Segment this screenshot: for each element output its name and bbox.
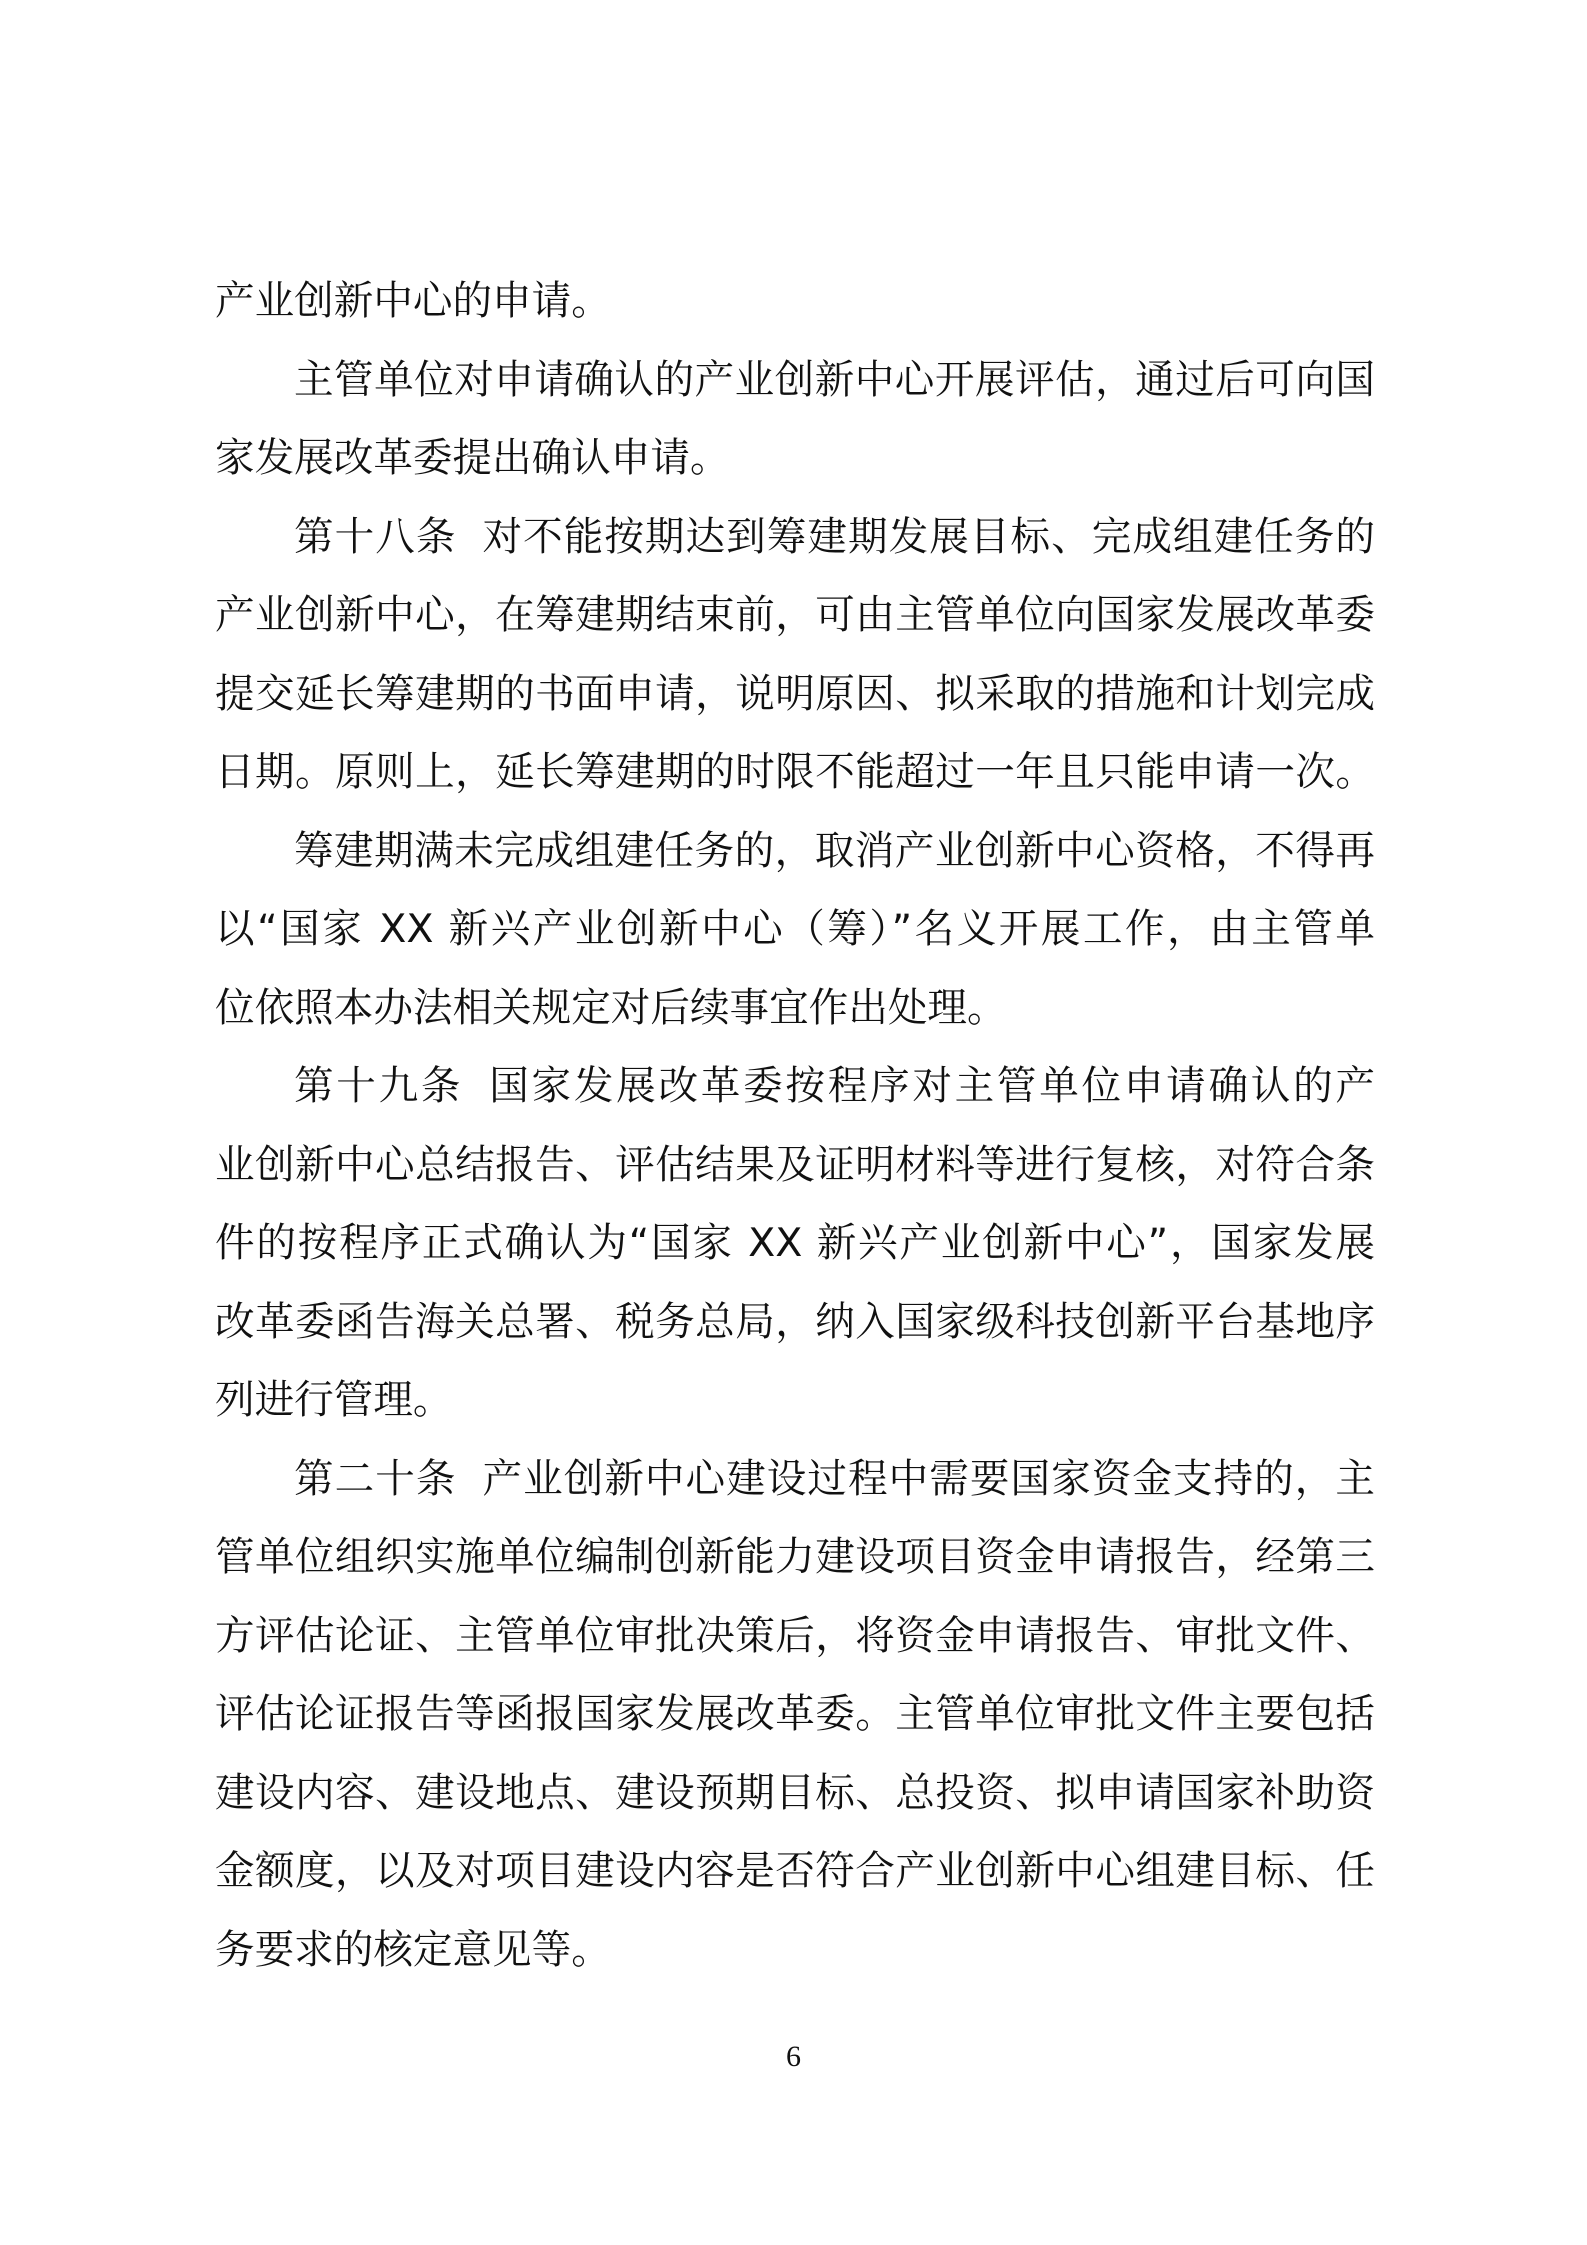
paragraph: 主管单位对申请确认的产业创新中心开展评估，通过后可向国 家发展改革委提出确认申请… (215, 341, 1375, 498)
text-line: 件的按程序正式确认为“国家 XX 新兴产业创新中心”，国家发展 (215, 1204, 1375, 1283)
text-line: 主管单位对申请确认的产业创新中心开展评估，通过后可向国 (215, 341, 1375, 420)
text-line: 方评估论证、主管单位审批决策后，将资金申请报告、审批文件、 (215, 1597, 1375, 1676)
text-line: 日期。原则上，延长筹建期的时限不能超过一年且只能申请一次。 (215, 733, 1375, 812)
text-line: 建设内容、建设地点、建设预期目标、总投资、拟申请国家补助资 (215, 1754, 1375, 1833)
text-line: 家发展改革委提出确认申请。 (215, 419, 1375, 498)
text-line: 产业创新中心的申请。 (215, 262, 1375, 341)
text-line: 第二十条产业创新中心建设过程中需要国家资金支持的，主 (215, 1440, 1375, 1519)
text-run: 对不能按期达到筹建期发展目标、完成组建任务的 (482, 514, 1375, 560)
article-heading: 第十八条 (294, 514, 456, 560)
text-line: 管单位组织实施单位编制创新能力建设项目资金申请报告，经第三 (215, 1518, 1375, 1597)
article-heading: 第十九条 (294, 1063, 463, 1109)
text-run: 产业创新中心建设过程中需要国家资金支持的，主 (482, 1456, 1375, 1502)
text-line: 位依照本办法相关规定对后续事宜作出处理。 (215, 969, 1375, 1048)
article-19-paragraph: 第十九条国家发展改革委按程序对主管单位申请确认的产 业创新中心总结报告、评估结果… (215, 1047, 1375, 1440)
article-20-paragraph: 第二十条产业创新中心建设过程中需要国家资金支持的，主 管单位组织实施单位编制创新… (215, 1440, 1375, 1990)
paragraph: 产业创新中心的申请。 (215, 262, 1375, 341)
article-heading: 第二十条 (294, 1456, 456, 1502)
text-line: 第十九条国家发展改革委按程序对主管单位申请确认的产 (215, 1047, 1375, 1126)
page-number: 6 (0, 2040, 1587, 2074)
text-line: 金额度，以及对项目建设内容是否符合产业创新中心组建目标、任 (215, 1832, 1375, 1911)
text-line: 评估论证报告等函报国家发展改革委。主管单位审批文件主要包括 (215, 1675, 1375, 1754)
text-line: 以“国家 XX 新兴产业创新中心（筹）”名义开展工作，由主管单 (215, 890, 1375, 969)
text-run: 国家发展改革委按程序对主管单位申请确认的产 (489, 1063, 1375, 1109)
article-18-paragraph: 第十八条对不能按期达到筹建期发展目标、完成组建任务的 产业创新中心，在筹建期结束… (215, 498, 1375, 812)
text-line: 改革委函告海关总署、税务总局，纳入国家级科技创新平台基地序 (215, 1283, 1375, 1362)
text-line: 务要求的核定意见等。 (215, 1911, 1375, 1990)
text-line: 提交延长筹建期的书面申请，说明原因、拟采取的措施和计划完成 (215, 655, 1375, 734)
text-line: 产业创新中心，在筹建期结束前，可由主管单位向国家发展改革委 (215, 576, 1375, 655)
text-line: 列进行管理。 (215, 1361, 1375, 1440)
document-page-body: 产业创新中心的申请。 主管单位对申请确认的产业创新中心开展评估，通过后可向国 家… (215, 262, 1375, 1989)
text-line: 筹建期满未完成组建任务的，取消产业创新中心资格，不得再 (215, 812, 1375, 891)
text-line: 第十八条对不能按期达到筹建期发展目标、完成组建任务的 (215, 498, 1375, 577)
paragraph: 筹建期满未完成组建任务的，取消产业创新中心资格，不得再 以“国家 XX 新兴产业… (215, 812, 1375, 1048)
text-line: 业创新中心总结报告、评估结果及证明材料等进行复核，对符合条 (215, 1126, 1375, 1205)
